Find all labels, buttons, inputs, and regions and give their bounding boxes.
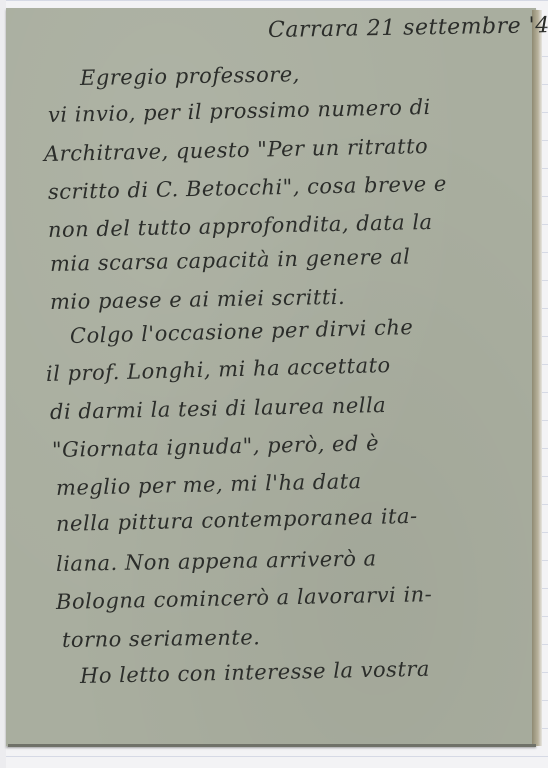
letter-dateline: Carrara 21 settembre '42 [268, 13, 548, 43]
page-edge-shadow [532, 10, 542, 746]
letter-line: torno seriamente. [62, 625, 261, 652]
letter-salutation: Egregio professore, [80, 62, 300, 90]
page-bottom-edge [8, 744, 536, 747]
